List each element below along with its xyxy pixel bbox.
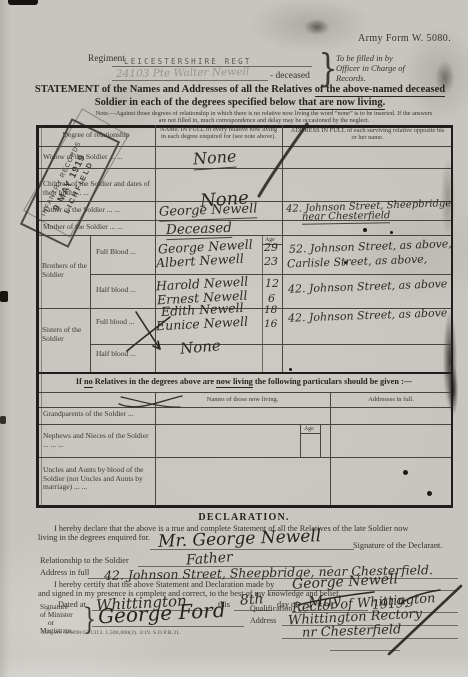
pen-stroke-diagonal bbox=[259, 124, 307, 196]
pen-stroke-arrow-shaft bbox=[136, 312, 160, 349]
pen-stroke-bottom-diagonal bbox=[389, 586, 461, 654]
scanned-form-page: Army Form W. 5080. Regiment LEICESTERSHI… bbox=[0, 0, 468, 677]
pen-stroke-grandparents-mark bbox=[119, 396, 182, 407]
pen-stroke-year-tail bbox=[400, 590, 440, 604]
pen-stroke-month-flourish bbox=[298, 592, 374, 605]
pen-strokes-overlay bbox=[0, 0, 468, 677]
pen-stroke-cross bbox=[127, 317, 170, 351]
